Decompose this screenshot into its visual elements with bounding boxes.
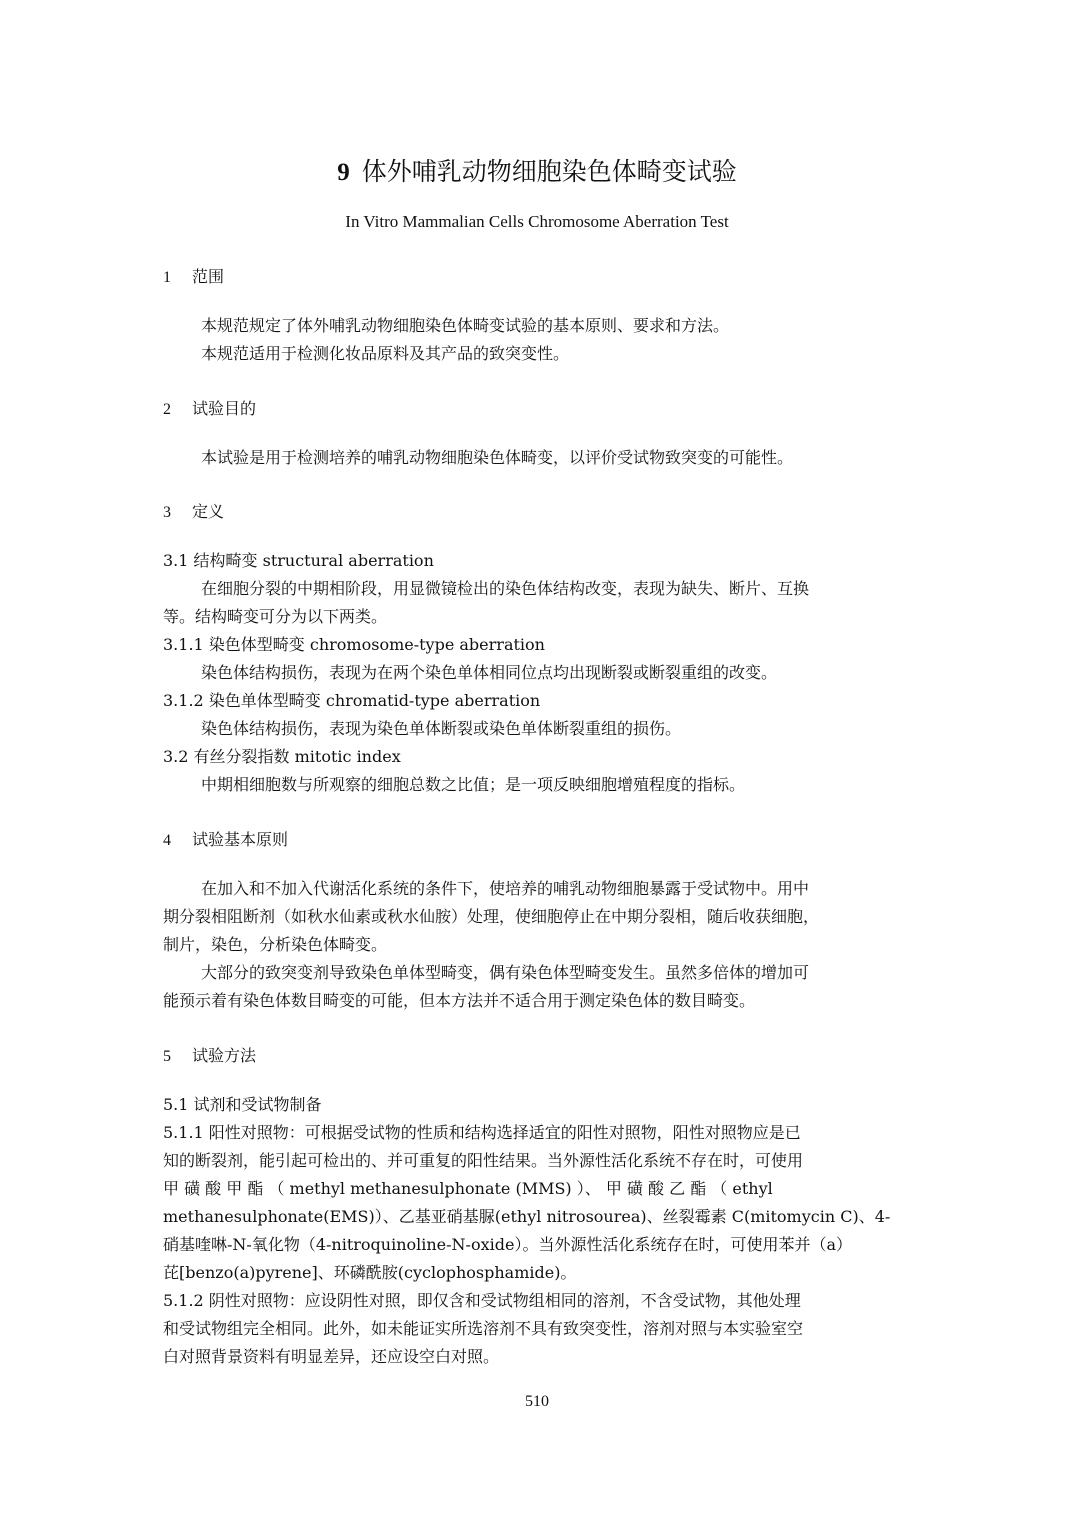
page-number: 510 <box>0 1393 1074 1411</box>
section-heading-5: 5试验方法 <box>163 1043 256 1066</box>
title-text: 体外哺乳动物细胞染色体畸变试验 <box>362 157 737 186</box>
document-page: 9体外哺乳动物细胞染色体畸变试验 In Vitro Mammalian Cell… <box>0 0 1074 1520</box>
paragraph: 大部分的致突变剂导致染色单体型畸变，偶有染色体型畸变发生。虽然多倍体的增加可 <box>163 959 951 987</box>
paragraph: 中期相细胞数与所观察的细胞总数之比值；是一项反映细胞增殖程度的指标。 <box>163 771 951 799</box>
subsection-label-3-1: 3.1 结构畸变 structural aberration <box>163 547 913 575</box>
paragraph: 5.1.2 阴性对照物：应设阴性对照，即仅含和受试物组相同的溶剂，不含受试物，其… <box>163 1287 913 1315</box>
paragraph: 芘[benzo(a)pyrene]、环磷酰胺(cyclophosphamide)… <box>163 1259 913 1287</box>
paragraph: 制片，染色，分析染色体畸变。 <box>163 931 913 959</box>
paragraph: 本规范适用于检测化妆品原料及其产品的致突变性。 <box>163 340 951 368</box>
paragraph: 5.1.1 阳性对照物：可根据受试物的性质和结构选择适宜的阳性对照物，阳性对照物… <box>163 1119 913 1147</box>
paragraph: 能预示着有染色体数目畸变的可能，但本方法并不适合用于测定染色体的数目畸变。 <box>163 987 913 1015</box>
paragraph: 本试验是用于检测培养的哺乳动物细胞染色体畸变，以评价受试物致突变的可能性。 <box>163 444 951 472</box>
section-heading-2: 2试验目的 <box>163 396 256 419</box>
paragraph: 在细胞分裂的中期相阶段，用显微镜检出的染色体结构改变，表现为缺失、断片、互换 <box>163 575 951 603</box>
paragraph: 甲 磺 酸 甲 酯 （ methyl methanesulphonate (MM… <box>163 1175 913 1203</box>
subsection-label-3-2: 3.2 有丝分裂指数 mitotic index <box>163 743 913 771</box>
paragraph: 染色体结构损伤，表现为染色单体断裂或染色单体断裂重组的损伤。 <box>163 715 951 743</box>
section-heading-3: 3定义 <box>163 499 224 522</box>
section-heading-1: 1范围 <box>163 264 224 287</box>
paragraph: 在加入和不加入代谢活化系统的条件下，使培养的哺乳动物细胞暴露于受试物中。用中 <box>163 875 951 903</box>
paragraph: 染色体结构损伤，表现为在两个染色单体相同位点均出现断裂或断裂重组的改变。 <box>163 659 951 687</box>
paragraph: 本规范规定了体外哺乳动物细胞染色体畸变试验的基本原则、要求和方法。 <box>163 312 951 340</box>
section-heading-4: 4试验基本原则 <box>163 827 288 850</box>
subsection-label-5-1: 5.1 试剂和受试物制备 <box>163 1091 913 1119</box>
paragraph: 白对照背景资料有明显差异，还应设空白对照。 <box>163 1343 913 1371</box>
paragraph: 等。结构畸变可分为以下两类。 <box>163 603 913 631</box>
page-subtitle: In Vitro Mammalian Cells Chromosome Aber… <box>0 212 1074 232</box>
page-title: 9体外哺乳动物细胞染色体畸变试验 <box>0 152 1074 188</box>
title-number: 9 <box>337 159 350 186</box>
paragraph: 和受试物组完全相同。此外，如未能证实所选溶剂不具有致突变性，溶剂对照与本实验室空 <box>163 1315 913 1343</box>
paragraph: 期分裂相阻断剂（如秋水仙素或秋水仙胺）处理，使细胞停止在中期分裂相，随后收获细胞… <box>163 903 913 931</box>
paragraph: 硝基喹啉-N-氧化物（4-nitroquinoline-N-oxide）。当外源… <box>163 1231 913 1259</box>
subsection-label-3-1-2: 3.1.2 染色单体型畸变 chromatid-type aberration <box>163 687 913 715</box>
subsection-label-3-1-1: 3.1.1 染色体型畸变 chromosome-type aberration <box>163 631 913 659</box>
paragraph: methanesulphonate(EMS)）、乙基亚硝基脲(ethyl nit… <box>163 1203 913 1231</box>
paragraph: 知的断裂剂，能引起可检出的、并可重复的阳性结果。当外源性活化系统不存在时，可使用 <box>163 1147 913 1175</box>
